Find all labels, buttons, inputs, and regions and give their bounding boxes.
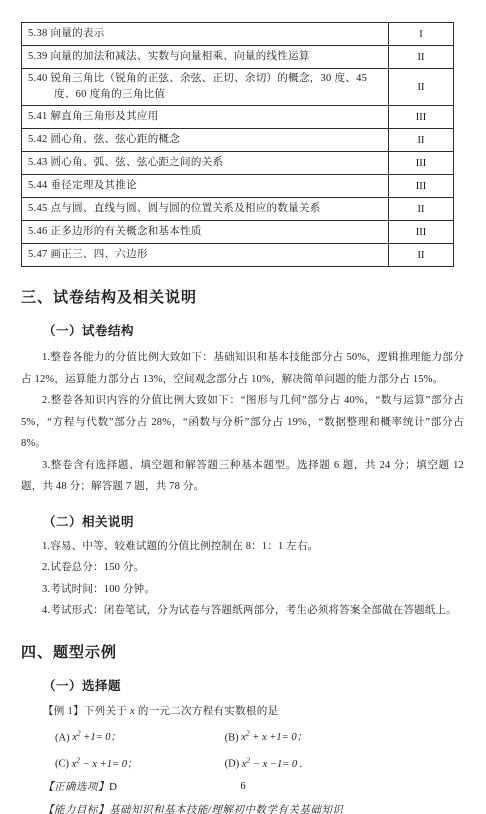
option-a: (A) x2 +1= 0；: [55, 724, 222, 749]
paragraph-ability-ratio: 1.整卷各能力的分值比例大致如下：基础知识和基本技能部分占 50%，逻辑推理能力…: [21, 347, 464, 390]
list-item: 2.试卷总分：150 分。: [21, 557, 464, 579]
option-b: (B) x2 + x +1= 0；: [225, 724, 307, 749]
option-d-formula: x2 − x −1= 0 .: [242, 759, 303, 770]
syllabus-topic: 5.40 锐角三角比（锐角的正弦、余弦、正切、余切）的概念，30 度、45 度、…: [22, 69, 389, 106]
document-page: 5.38 向量的表示 I 5.39 向量的加法和减法、实数与向量相乘、向量的线性…: [0, 0, 486, 814]
options-row-1: (A) x2 +1= 0； (B) x2 + x +1= 0；: [55, 724, 464, 749]
section4-sub1-heading: （一）选择题: [43, 676, 464, 694]
list-item: 1.容易、中等、较难试题的分值比例控制在 8：1：1 左右。: [21, 536, 464, 558]
syllabus-topic: 5.43 圆心角、弧、弦、弦心距之间的关系: [22, 152, 389, 175]
level-cell: II: [389, 198, 454, 221]
syllabus-topic: 5.38 向量的表示: [22, 23, 389, 46]
option-c: (C) x2 − x +1= 0；: [55, 750, 222, 775]
example-1: 【例 1】下列关于 x 的一元二次方程有实数根的是 (A) x2 +1= 0； …: [0, 702, 486, 814]
syllabus-topic: 5.42 圆心角、弦、弦心距的概念: [22, 129, 389, 152]
ability-value: 基础知识和基本技能/理解初中数学有关基础知识: [109, 805, 343, 814]
table-row: 5.44 垂径定理及其推论 III: [22, 175, 454, 198]
level-cell: II: [389, 69, 454, 106]
table-row: 5.41 解直角三角形及其应用 III: [22, 106, 454, 129]
syllabus-topic: 5.47 画正三、四、六边形: [22, 244, 389, 267]
syllabus-table: 5.38 向量的表示 I 5.39 向量的加法和减法、实数与向量相乘、向量的线性…: [21, 22, 454, 267]
level-cell: II: [389, 244, 454, 267]
level-cell: II: [389, 129, 454, 152]
table-row: 5.47 画正三、四、六边形 II: [22, 244, 454, 267]
syllabus-topic: 5.41 解直角三角形及其应用: [22, 106, 389, 129]
table-row: 5.42 圆心角、弦、弦心距的概念 II: [22, 129, 454, 152]
table-row: 5.38 向量的表示 I: [22, 23, 454, 46]
paragraph-content-ratio: 2.整卷各知识内容的分值比例大致如下：“图形与几何”部分占 40%，“数与运算”…: [21, 390, 464, 455]
level-cell: I: [389, 23, 454, 46]
example-prompt: 【例 1】下列关于 x 的一元二次方程有实数根的是: [43, 702, 464, 722]
option-a-label: (A): [55, 732, 72, 743]
option-d-label: (D): [225, 759, 242, 770]
table-row: 5.40 锐角三角比（锐角的正弦、余弦、正切、余切）的概念，30 度、45 度、…: [22, 69, 454, 106]
formula-rest: − x −1= 0 .: [250, 759, 302, 770]
level-cell: III: [389, 221, 454, 244]
section3-sub1-heading: （一）试卷结构: [43, 321, 464, 339]
syllabus-topic: 5.39 向量的加法和减法、实数与向量相乘、向量的线性运算: [22, 46, 389, 69]
option-b-formula: x2 + x +1= 0；: [241, 732, 307, 743]
level-cell: III: [389, 106, 454, 129]
table-row: 5.45 点与圆、直线与圆、圆与圆的位置关系及相应的数量关系 II: [22, 198, 454, 221]
prompt-suffix: 的一元二次方程有实数根的是: [135, 706, 278, 717]
table-row: 5.39 向量的加法和减法、实数与向量相乘、向量的线性运算 II: [22, 46, 454, 69]
option-b-label: (B): [225, 732, 242, 743]
section4-heading: 四、题型示例: [21, 641, 464, 662]
syllabus-topic: 5.45 点与圆、直线与圆、圆与圆的位置关系及相应的数量关系: [22, 198, 389, 221]
list-item: 3.考试时间：100 分钟。: [21, 579, 464, 601]
paragraph-question-types: 3.整卷含有选择题、填空题和解答题三种基本题型。选择题 6 题，共 24 分；填…: [21, 455, 464, 498]
ability-target-line: 【能力目标】基础知识和基本技能/理解初中数学有关基础知识: [43, 800, 464, 814]
ability-label: 【能力目标】: [43, 805, 109, 814]
formula-rest: + x +1= 0；: [250, 732, 307, 743]
option-a-formula: x2 +1= 0；: [72, 732, 121, 743]
option-d: (D) x2 − x −1= 0 .: [225, 750, 303, 775]
level-cell: II: [389, 46, 454, 69]
formula-rest: +1= 0；: [81, 732, 121, 743]
section3-heading: 三、试卷结构及相关说明: [21, 286, 464, 307]
section3-sub2-heading: （二）相关说明: [43, 512, 464, 530]
list-item: 4.考试形式：闭卷笔试，分为试卷与答题纸两部分，考生必须将答案全部做在答题纸上。: [21, 600, 464, 622]
syllabus-topic: 5.44 垂径定理及其推论: [22, 175, 389, 198]
page-number: 6: [0, 781, 486, 792]
level-cell: III: [389, 152, 454, 175]
spec-list: 1.容易、中等、较难试题的分值比例控制在 8：1：1 左右。 2.试卷总分：15…: [0, 536, 486, 622]
option-c-formula: x2 − x +1= 0；: [72, 759, 138, 770]
syllabus-topic: 5.46 正多边形的有关概念和基本性质: [22, 221, 389, 244]
level-cell: III: [389, 175, 454, 198]
prompt-prefix: 【例 1】下列关于: [43, 706, 130, 717]
options-row-2: (C) x2 − x +1= 0； (D) x2 − x −1= 0 .: [55, 750, 464, 775]
table-row: 5.43 圆心角、弧、弦、弦心距之间的关系 III: [22, 152, 454, 175]
table-row: 5.46 正多边形的有关概念和基本性质 III: [22, 221, 454, 244]
option-c-label: (C): [55, 759, 72, 770]
formula-rest: − x +1= 0；: [80, 759, 137, 770]
